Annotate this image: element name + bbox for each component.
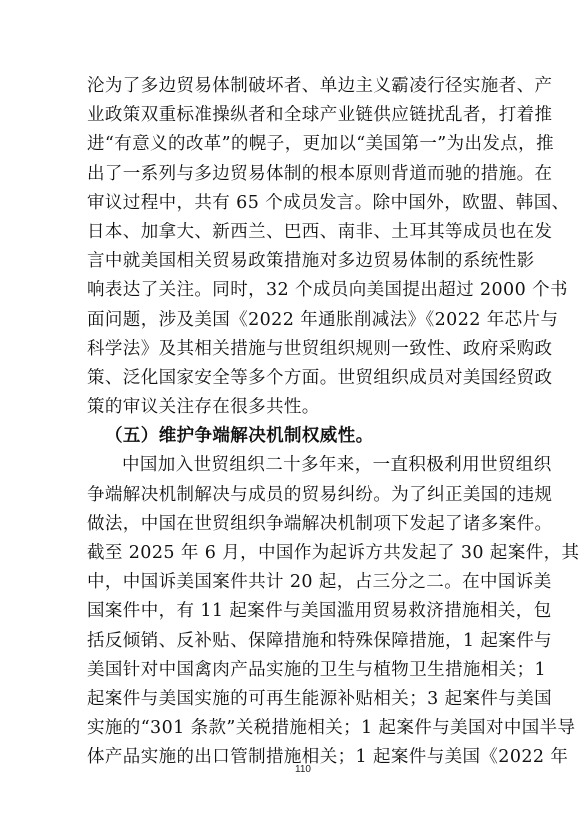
text-line: 争端解决机制解决与成员的贸易纠纷。为了纠正美国的违规 [87, 481, 501, 510]
text-line: 做法，中国在世贸组织争端解决机制项下发起了诸多案件。 [87, 510, 501, 539]
text-line: 括反倾销、反补贴、保障措施和特殊保障措施，1 起案件与 [87, 627, 501, 656]
text-line: 美国针对中国禽肉产品实施的卫生与植物卫生措施相关；1 [87, 656, 501, 685]
text-line: 策、泛化国家安全等多个方面。世贸组织成员对美国经贸政 [87, 364, 501, 393]
text-line: 起案件与美国实施的可再生能源补贴相关；3 起案件与美国 [87, 685, 501, 714]
text-line: 审议过程中，共有 65 个成员发言。除中国外，欧盟、韩国、 [87, 189, 501, 218]
page-number: 110 [0, 764, 588, 775]
text-line: 出了一系列与多边贸易体制的根本原则背道而驰的措施。在 [87, 160, 501, 189]
text-line: 响表达了关注。同时，32 个成员向美国提出超过 2000 个书 [87, 276, 501, 305]
text-line: 进“有意义的改革”的幌子，更加以“美国第一”为出发点，推 [87, 130, 501, 159]
document-page: 沦为了多边贸易体制破坏者、单边主义霸凌行径实施者、产 业政策双重标准操纵者和全球… [0, 0, 588, 835]
section-heading: （五）维护争端解决机制权威性。 [87, 422, 501, 451]
text-line: 科学法》及其相关措施与世贸组织规则一致性、政府采购政 [87, 335, 501, 364]
text-line: 业政策双重标准操纵者和全球产业链供应链扰乱者，打着推 [87, 101, 501, 130]
text-line: 面问题，涉及美国《2022 年通胀削减法》《2022 年芯片与 [87, 306, 501, 335]
text-line: 策的审议关注存在很多共性。 [87, 393, 501, 422]
body-text: 沦为了多边贸易体制破坏者、单边主义霸凌行径实施者、产 业政策双重标准操纵者和全球… [87, 72, 501, 773]
text-line: 日本、加拿大、新西兰、巴西、南非、土耳其等成员也在发 [87, 218, 501, 247]
text-line: 截至 2025 年 6 月，中国作为起诉方共发起了 30 起案件，其 [87, 539, 501, 568]
text-line: 沦为了多边贸易体制破坏者、单边主义霸凌行径实施者、产 [87, 72, 501, 101]
text-line: 言中就美国相关贸易政策措施对多边贸易体制的系统性影 [87, 247, 501, 276]
text-line: 实施的“301 条款”关税措施相关；1 起案件与美国对中国半导 [87, 714, 501, 743]
text-line: 中，中国诉美国案件共计 20 起，占三分之二。在中国诉美 [87, 568, 501, 597]
text-line: 国案件中，有 11 起案件与美国滥用贸易救济措施相关，包 [87, 597, 501, 626]
text-line: 中国加入世贸组织二十多年来，一直积极利用世贸组织 [87, 451, 501, 480]
